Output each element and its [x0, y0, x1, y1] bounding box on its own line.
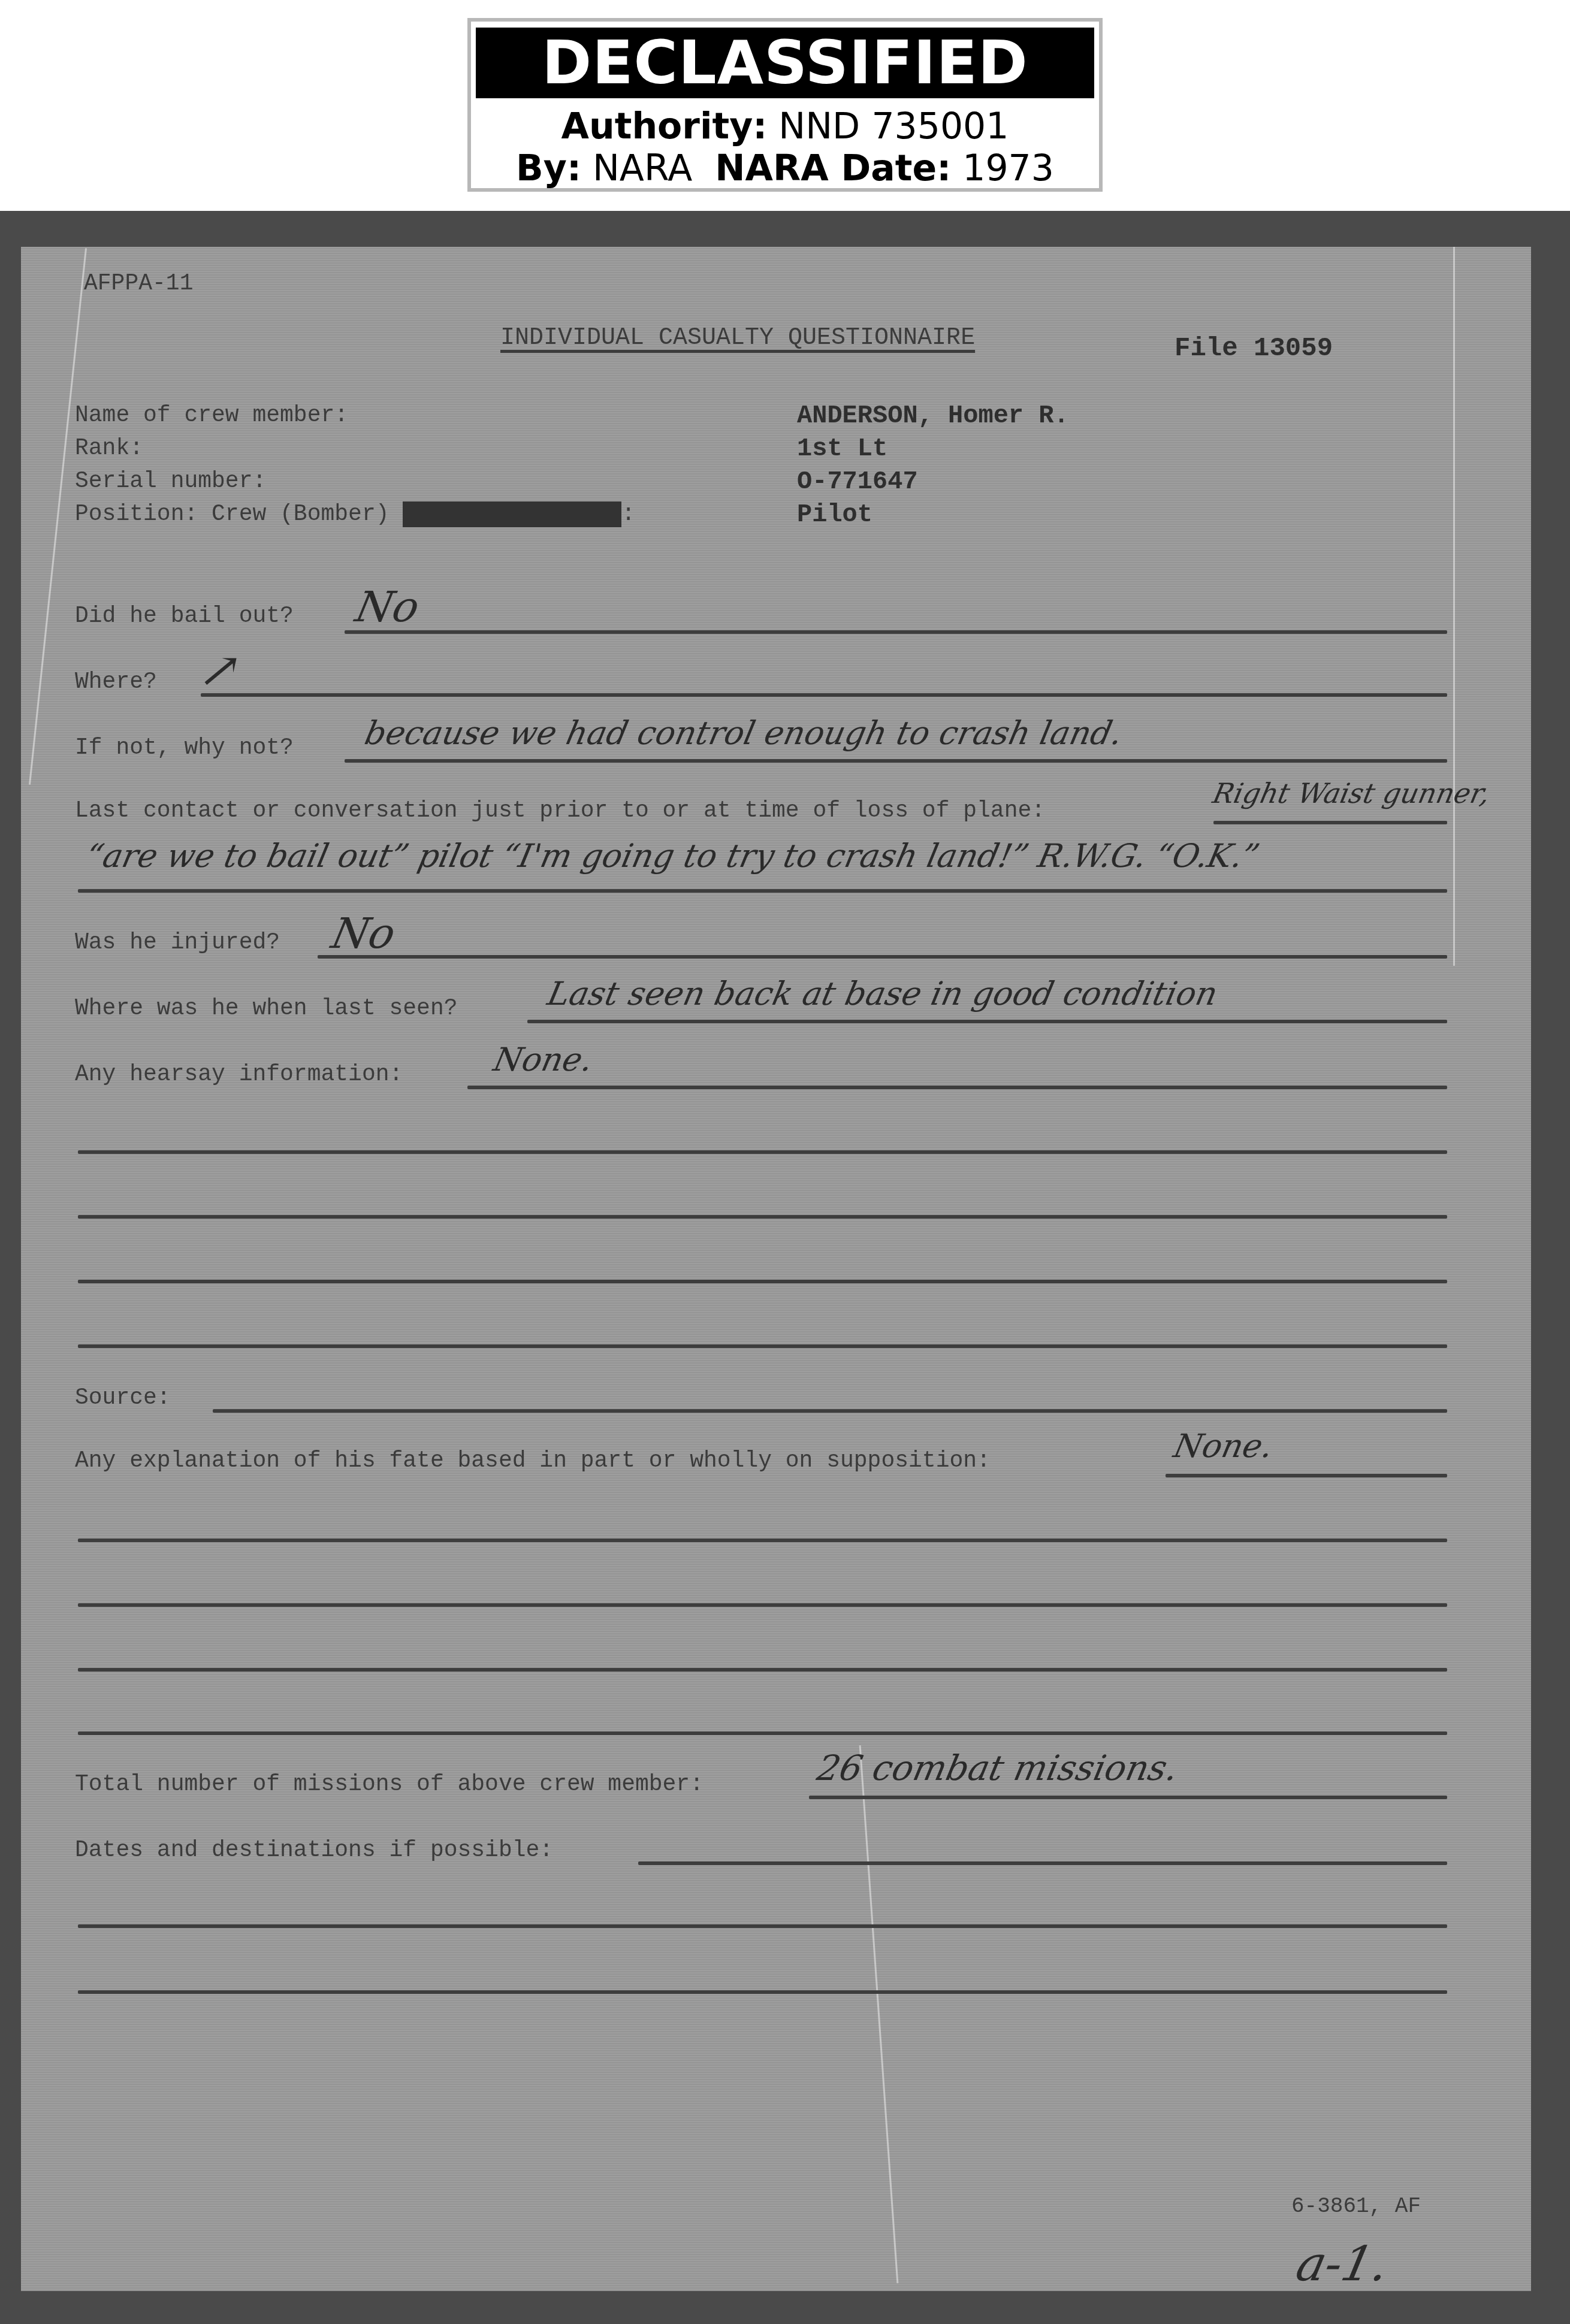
blank-line — [78, 1150, 1447, 1154]
blank-line — [78, 1280, 1447, 1283]
value-position: Pilot — [797, 500, 872, 529]
answer-last-seen: Last seen back at base in good condition — [544, 975, 1221, 1013]
answer-line — [345, 759, 1447, 763]
label-serial: Serial number: — [75, 469, 266, 494]
label-missions: Total number of missions of above crew m… — [75, 1772, 704, 1797]
blank-line — [78, 1603, 1447, 1607]
form-title: INDIVIDUAL CASUALTY QUESTIONNAIRE — [500, 325, 975, 352]
value-serial: O-771647 — [797, 467, 918, 496]
blank-line — [78, 1215, 1447, 1219]
answer-line — [527, 1020, 1447, 1023]
answer-line — [318, 955, 1447, 959]
label-dates: Dates and destinations if possible: — [75, 1838, 553, 1863]
answer-injured: No — [327, 909, 400, 958]
value-name: ANDERSON, Homer R. — [797, 401, 1069, 430]
file-number: File 13059 — [1175, 334, 1333, 364]
answer-line — [638, 1861, 1447, 1865]
answer-line — [809, 1796, 1447, 1799]
blank-line — [78, 1539, 1447, 1542]
answer-supposition: None. — [1170, 1427, 1276, 1465]
answer-line — [78, 889, 1447, 893]
scanned-document: AFPPA-11 INDIVIDUAL CASUALTY QUESTIONNAI… — [0, 211, 1570, 2324]
answer-line — [345, 630, 1447, 634]
label-position: Position: Crew (Bomber) XXXXXXXXXXXXXXXX… — [75, 501, 635, 527]
label-rank: Rank: — [75, 436, 143, 461]
answer-line — [213, 1409, 1447, 1413]
page-mark: a-1. — [1291, 2236, 1394, 2292]
blank-line — [78, 1731, 1447, 1735]
answer-last-contact-2: “are we to bail out” pilot “I'm going to… — [83, 837, 1263, 875]
scan-scratch — [1453, 247, 1455, 966]
label-hearsay: Any hearsay information: — [75, 1062, 403, 1087]
answer-why-not: because we had control enough to crash l… — [361, 714, 1126, 752]
answer-line — [467, 1086, 1447, 1089]
answer-missions: 26 combat missions. — [814, 1748, 1182, 1788]
blank-line — [78, 1344, 1447, 1348]
answer-last-contact-1: Right Waist gunner, — [1210, 777, 1493, 809]
label-injured: Was he injured? — [75, 930, 280, 956]
scan-scratch — [859, 1745, 899, 2283]
redacted-text: XXXXXXXXXXXXXXXX — [403, 501, 621, 527]
footer-code: 6-3861, AF — [1291, 2194, 1421, 2219]
answer-line — [1213, 821, 1447, 824]
stamp-by-date: By: NARA NARA Date: 1973 — [471, 147, 1099, 189]
answer-line — [1166, 1474, 1447, 1477]
label-bail-out: Did he bail out? — [75, 603, 294, 629]
stamp-title: DECLASSIFIED — [476, 28, 1094, 98]
label-supposition: Any explanation of his fate based in par… — [75, 1448, 991, 1474]
answer-hearsay: None. — [490, 1041, 596, 1078]
label-last-seen: Where was he when last seen? — [75, 996, 458, 1022]
answer-bail-out: No — [351, 582, 424, 631]
stamp-authority: Authority: NND 735001 — [471, 105, 1099, 147]
value-rank: 1st Lt — [797, 434, 887, 463]
declassified-stamp: DECLASSIFIED Authority: NND 735001 By: N… — [467, 18, 1103, 192]
blank-line — [78, 1668, 1447, 1672]
label-where: Where? — [75, 669, 157, 695]
answer-line — [201, 693, 1447, 697]
blank-line — [78, 1990, 1447, 1994]
label-why-not: If not, why not? — [75, 735, 294, 761]
blank-line — [78, 1924, 1447, 1928]
label-source: Source: — [75, 1385, 171, 1411]
arrow-up-icon: ↗ — [195, 642, 247, 698]
questionnaire-page: AFPPA-11 INDIVIDUAL CASUALTY QUESTIONNAI… — [21, 247, 1531, 2291]
label-last-contact: Last contact or conversation just prior … — [75, 798, 1045, 824]
label-name: Name of crew member: — [75, 403, 348, 428]
form-code: AFPPA-11 — [84, 271, 193, 297]
